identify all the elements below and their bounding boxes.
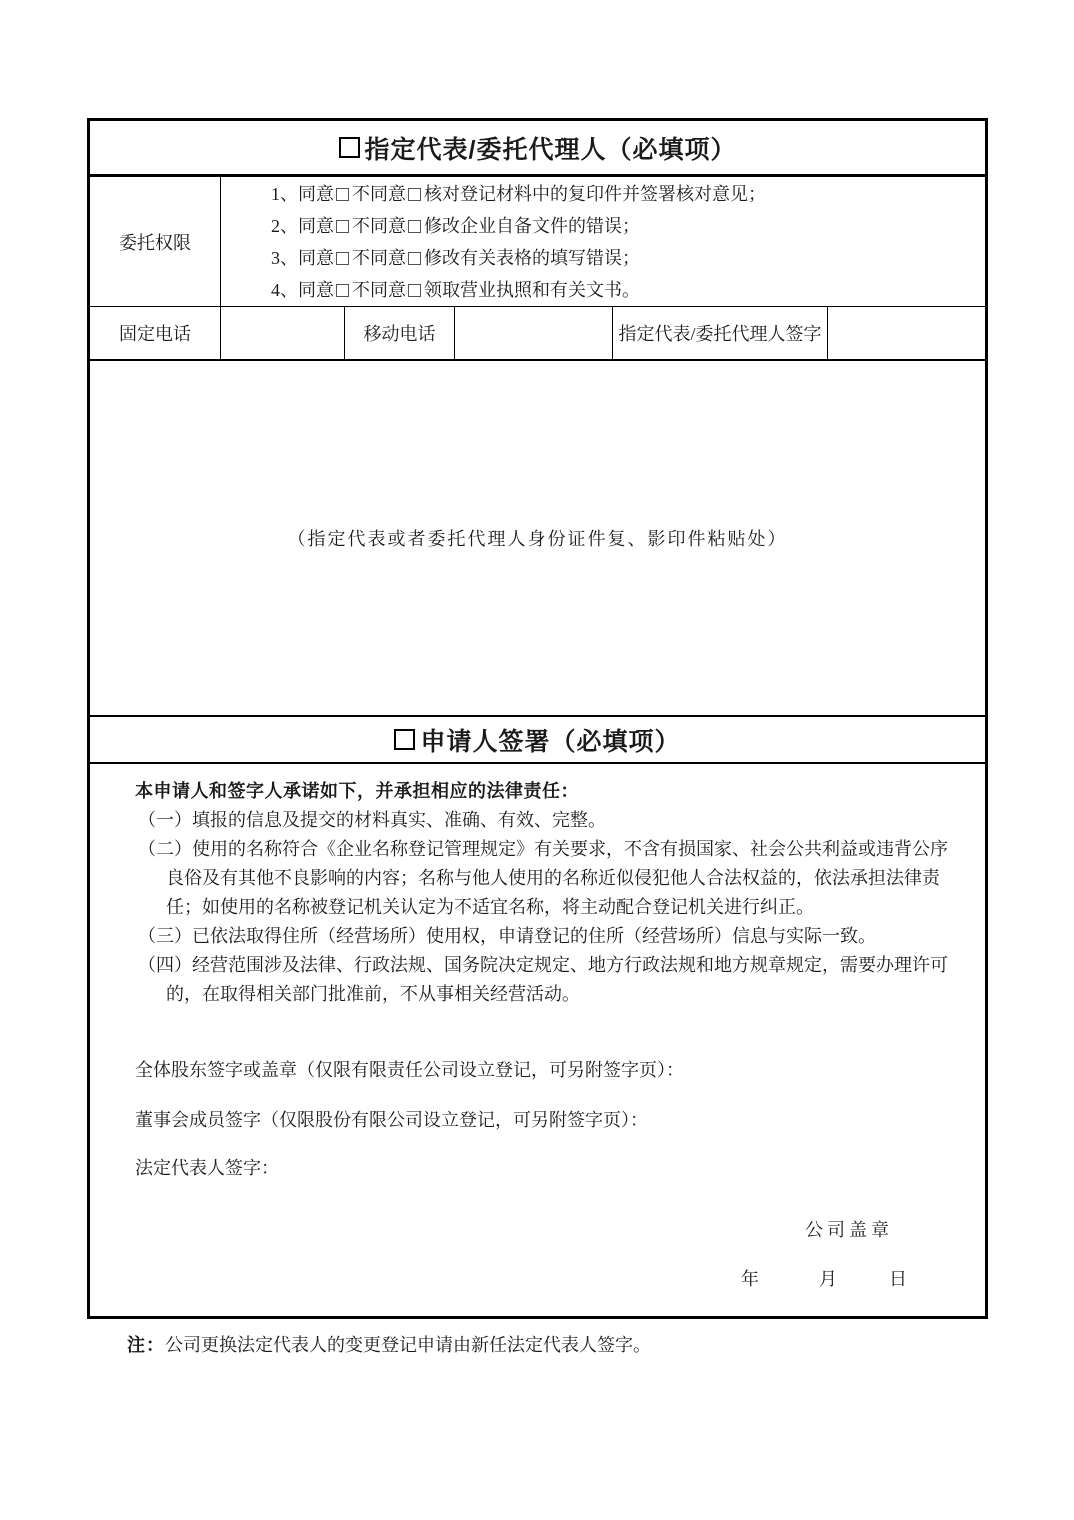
- company-seal-label: 公司盖章: [90, 1216, 985, 1245]
- commitment-item-4: （四）经营范围涉及法律、行政法规、国务院决定规定、地方行政法规和地方规章规定，需…: [90, 951, 985, 1009]
- delegation-label-cell: 委托权限: [90, 177, 221, 306]
- item-action: 修改有关表格的填写错误；: [424, 248, 640, 268]
- commitment-item-3: （三）已依法取得住所（经营场所）使用权，申请登记的住所（经营场所）信息与实际一致…: [90, 922, 985, 951]
- board-members-signature-line: 董事会成员签字（仅限股份有限公司设立登记，可另附签字页）：: [135, 1106, 985, 1135]
- section2-select-checkbox-icon[interactable]: [394, 729, 415, 750]
- disagree-checkbox-icon[interactable]: [408, 284, 421, 297]
- item-number: 3、: [271, 248, 298, 268]
- agree-label: 同意: [298, 216, 334, 236]
- item-number: 4、: [271, 280, 298, 300]
- agent-signature-label-cell: 指定代表/委托代理人签字: [613, 307, 828, 359]
- disagree-label: 不同意: [352, 216, 406, 236]
- item-action: 领取营业执照和有关文书。: [424, 280, 640, 300]
- agree-checkbox-icon[interactable]: [336, 220, 349, 233]
- fixed-phone-value-cell[interactable]: [221, 307, 345, 359]
- agree-label: 同意: [298, 184, 334, 204]
- date-month-label: 月: [819, 1265, 837, 1294]
- footnote-label: 注：: [127, 1335, 165, 1355]
- date-day-label: 日: [889, 1265, 907, 1294]
- agent-signature-value-cell[interactable]: [828, 307, 985, 359]
- delegation-item-2: 2、同意不同意修改企业自备文件的错误；: [271, 210, 985, 242]
- registration-form-table: 指定代表/委托代理人（必填项） 委托权限 1、同意不同意核对登记材料中的复印件并…: [87, 118, 988, 1319]
- mobile-phone-value-cell[interactable]: [455, 307, 613, 359]
- fixed-phone-label-cell: 固定电话: [90, 307, 221, 359]
- item-action: 修改企业自备文件的错误；: [424, 216, 640, 236]
- disagree-label: 不同意: [352, 280, 406, 300]
- date-line: 年 月 日: [90, 1265, 985, 1294]
- section1-title: 指定代表/委托代理人（必填项）: [365, 130, 737, 166]
- footnote: 注：公司更换法定代表人的变更登记申请由新任法定代表人签字。: [127, 1332, 651, 1358]
- section1-select-checkbox-icon[interactable]: [339, 137, 360, 158]
- mobile-phone-label: 移动电话: [364, 320, 436, 346]
- delegation-items-cell: 1、同意不同意核对登记材料中的复印件并签署核对意见； 2、同意不同意修改企业自备…: [221, 177, 985, 306]
- date-year-label: 年: [741, 1265, 759, 1294]
- section2-title-row: 申请人签署（必填项）: [90, 717, 985, 764]
- disagree-checkbox-icon[interactable]: [408, 188, 421, 201]
- contact-row: 固定电话 移动电话 指定代表/委托代理人签字: [90, 307, 985, 361]
- agree-checkbox-icon[interactable]: [336, 252, 349, 265]
- item-number: 1、: [271, 184, 298, 204]
- agree-label: 同意: [298, 280, 334, 300]
- footnote-text: 公司更换法定代表人的变更登记申请由新任法定代表人签字。: [165, 1335, 651, 1355]
- section1-title-row: 指定代表/委托代理人（必填项）: [90, 121, 985, 177]
- disagree-checkbox-icon[interactable]: [408, 220, 421, 233]
- agree-label: 同意: [298, 248, 334, 268]
- agent-signature-label: 指定代表/委托代理人签字: [619, 320, 822, 346]
- id-paste-area-label: （指定代表或者委托代理人身份证件复、影印件粘贴处）: [288, 525, 788, 551]
- commitment-intro: 本申请人和签字人承诺如下，并承担相应的法律责任：: [135, 776, 985, 806]
- delegation-item-3: 3、同意不同意修改有关表格的填写错误；: [271, 242, 985, 274]
- applicant-commitment-cell: 本申请人和签字人承诺如下，并承担相应的法律责任： （一）填报的信息及提交的材料真…: [90, 764, 985, 1316]
- shareholders-signature-line: 全体股东签字或盖章（仅限有限责任公司设立登记，可另附签字页）：: [135, 1056, 985, 1085]
- fixed-phone-label: 固定电话: [119, 320, 191, 346]
- section2-title: 申请人签署（必填项）: [420, 722, 680, 758]
- delegation-row: 委托权限 1、同意不同意核对登记材料中的复印件并签署核对意见； 2、同意不同意修…: [90, 177, 985, 307]
- agree-checkbox-icon[interactable]: [336, 188, 349, 201]
- disagree-label: 不同意: [352, 184, 406, 204]
- disagree-label: 不同意: [352, 248, 406, 268]
- item-number: 2、: [271, 216, 298, 236]
- mobile-phone-label-cell: 移动电话: [345, 307, 455, 359]
- delegation-item-1: 1、同意不同意核对登记材料中的复印件并签署核对意见；: [271, 178, 985, 210]
- delegation-item-4: 4、同意不同意领取营业执照和有关文书。: [271, 274, 985, 306]
- id-paste-area: （指定代表或者委托代理人身份证件复、影印件粘贴处）: [90, 361, 985, 717]
- item-action: 核对登记材料中的复印件并签署核对意见；: [424, 184, 766, 204]
- disagree-checkbox-icon[interactable]: [408, 252, 421, 265]
- legal-representative-signature-line: 法定代表人签字：: [135, 1154, 985, 1183]
- form-page: 指定代表/委托代理人（必填项） 委托权限 1、同意不同意核对登记材料中的复印件并…: [0, 0, 1074, 1520]
- delegation-label: 委托权限: [119, 229, 191, 255]
- commitment-item-2: （二）使用的名称符合《企业名称登记管理规定》有关要求，不含有损国家、社会公共利益…: [90, 835, 985, 922]
- commitment-item-1: （一）填报的信息及提交的材料真实、准确、有效、完整。: [90, 806, 985, 835]
- agree-checkbox-icon[interactable]: [336, 284, 349, 297]
